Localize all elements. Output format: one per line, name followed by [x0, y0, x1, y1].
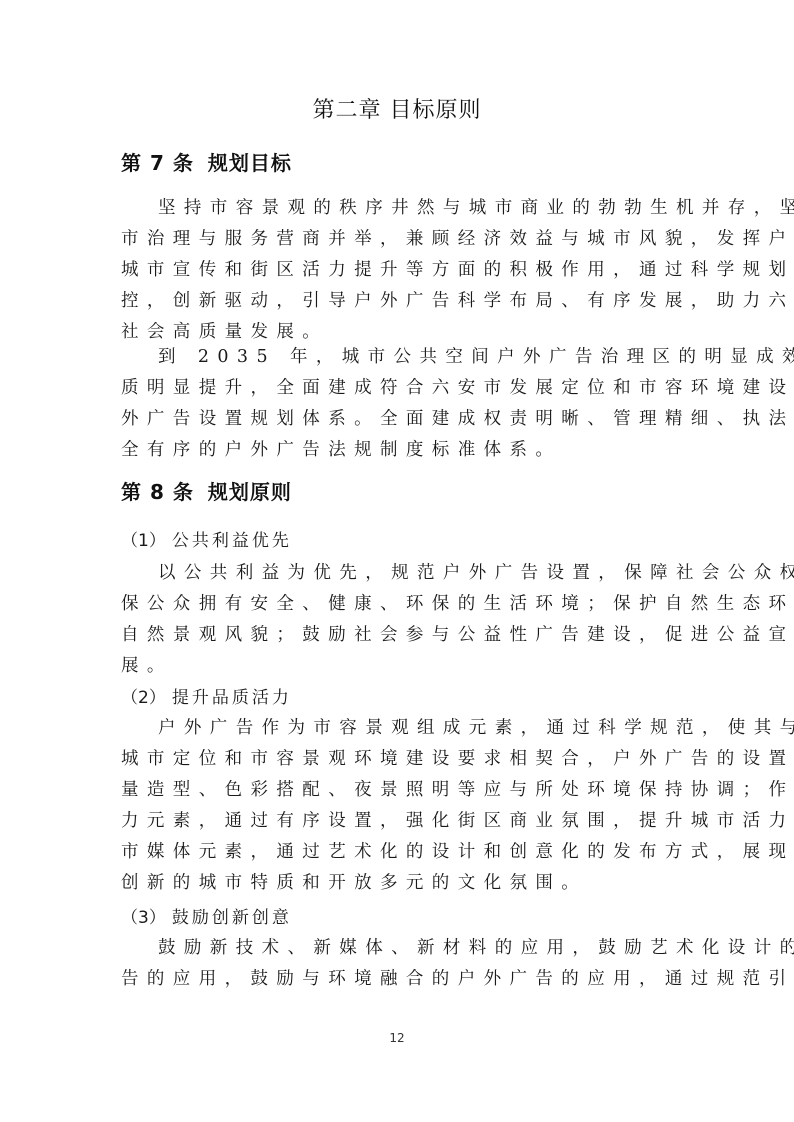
text-line: 以公共利益为优先，规范户外广告设置，保障社会公众权益，确	[121, 558, 674, 589]
text-line: 自然景观风貌；鼓励社会参与公益性广告建设，促进公益宣传事业发	[121, 620, 674, 651]
text-line: 到 2035 年，城市公共空间户外广告治理区的明显成效，设施品	[121, 342, 674, 373]
text-line: 市媒体元素，通过艺术化的设计和创意化的发布方式，展现六安开拓	[121, 837, 674, 868]
text-line: 城市宣传和街区活力提升等方面的积极作用，通过科学规划、精准管	[121, 255, 674, 286]
text-line: 市治理与服务营商并举，兼顾经济效益与城市风貌，发挥户外广告在	[121, 224, 674, 255]
principle-2-heading: （2）提升品质活力	[121, 683, 292, 708]
principle-1-body: 以公共利益为优先，规范户外广告设置，保障社会公众权益，确 保公众拥有安全、健康、…	[121, 558, 674, 682]
principle-3-heading: （3）鼓励创新创意	[121, 903, 292, 928]
text-line: 外广告设置规划体系。全面建成权责明晰、管理精细、执法规范、安	[121, 404, 674, 435]
article-suffix: 条	[173, 480, 194, 504]
document-page: 第二章 目标原则 第7条 规划目标 坚持市容景观的秩序井然与城市商业的勃勃生机并…	[0, 0, 794, 1122]
article-7-paragraph-1: 坚持市容景观的秩序井然与城市商业的勃勃生机并存，坚持城 市治理与服务营商并举，兼…	[121, 193, 674, 348]
principle-title: 鼓励创新创意	[172, 908, 292, 928]
principle-2-body: 户外广告作为市容景观组成元素，通过科学规范，使其与六安市 城市定位和市容景观环境…	[121, 713, 674, 899]
text-line: 鼓励新技术、新媒体、新材料的应用，鼓励艺术化设计的户外广	[121, 933, 674, 964]
text-line: 全有序的户外广告法规制度标准体系。	[121, 435, 674, 466]
article-prefix: 第	[121, 151, 142, 175]
text-line: 户外广告作为市容景观组成元素，通过科学规范，使其与六安市	[121, 713, 674, 744]
principle-title: 公共利益优先	[172, 531, 292, 551]
principle-title: 提升品质活力	[172, 688, 292, 708]
text-line: 控，创新驱动，引导户外广告科学布局、有序发展，助力六安市经济	[121, 286, 674, 317]
principle-number: （3）	[121, 908, 166, 928]
text-line: 力元素，通过有序设置，强化街区商业氛围，提升城市活力；作为城	[121, 806, 674, 837]
text-line: 告的应用，鼓励与环境融合的户外广告的应用，通过规范引导逐步形	[121, 964, 674, 995]
text-line: 质明显提升，全面建成符合六安市发展定位和市容环境建设要求的户	[121, 373, 674, 404]
article-number: 8	[150, 480, 165, 504]
text-line: 创新的城市特质和开放多元的文化氛围。	[121, 868, 674, 899]
article-title: 规划原则	[208, 480, 292, 504]
text-line: 城市定位和市容景观环境建设要求相契合，户外广告的设置位置、体	[121, 744, 674, 775]
chapter-title: 第二章 目标原则	[0, 93, 794, 124]
principle-1-heading: （1）公共利益优先	[121, 526, 292, 551]
text-line: 保公众拥有安全、健康、环保的生活环境；保护自然生态环境，保护	[121, 589, 674, 620]
text-line: 展。	[121, 651, 674, 682]
text-line: 量造型、色彩搭配、夜景照明等应与所处环境保持协调；作为城市活	[121, 775, 674, 806]
page-number: 12	[0, 1031, 794, 1045]
principle-number: （1）	[121, 531, 166, 551]
article-suffix: 条	[173, 151, 194, 175]
article-title: 规划目标	[208, 151, 292, 175]
article-number: 7	[150, 151, 165, 175]
article-8-heading: 第8条 规划原则	[121, 476, 292, 505]
article-7-paragraph-2: 到 2035 年，城市公共空间户外广告治理区的明显成效，设施品 质明显提升，全面…	[121, 342, 674, 466]
article-7-heading: 第7条 规划目标	[121, 147, 292, 176]
article-prefix: 第	[121, 480, 142, 504]
principle-number: （2）	[121, 688, 166, 708]
text-line: 坚持市容景观的秩序井然与城市商业的勃勃生机并存，坚持城	[121, 193, 674, 224]
principle-3-body: 鼓励新技术、新媒体、新材料的应用，鼓励艺术化设计的户外广 告的应用，鼓励与环境融…	[121, 933, 674, 995]
